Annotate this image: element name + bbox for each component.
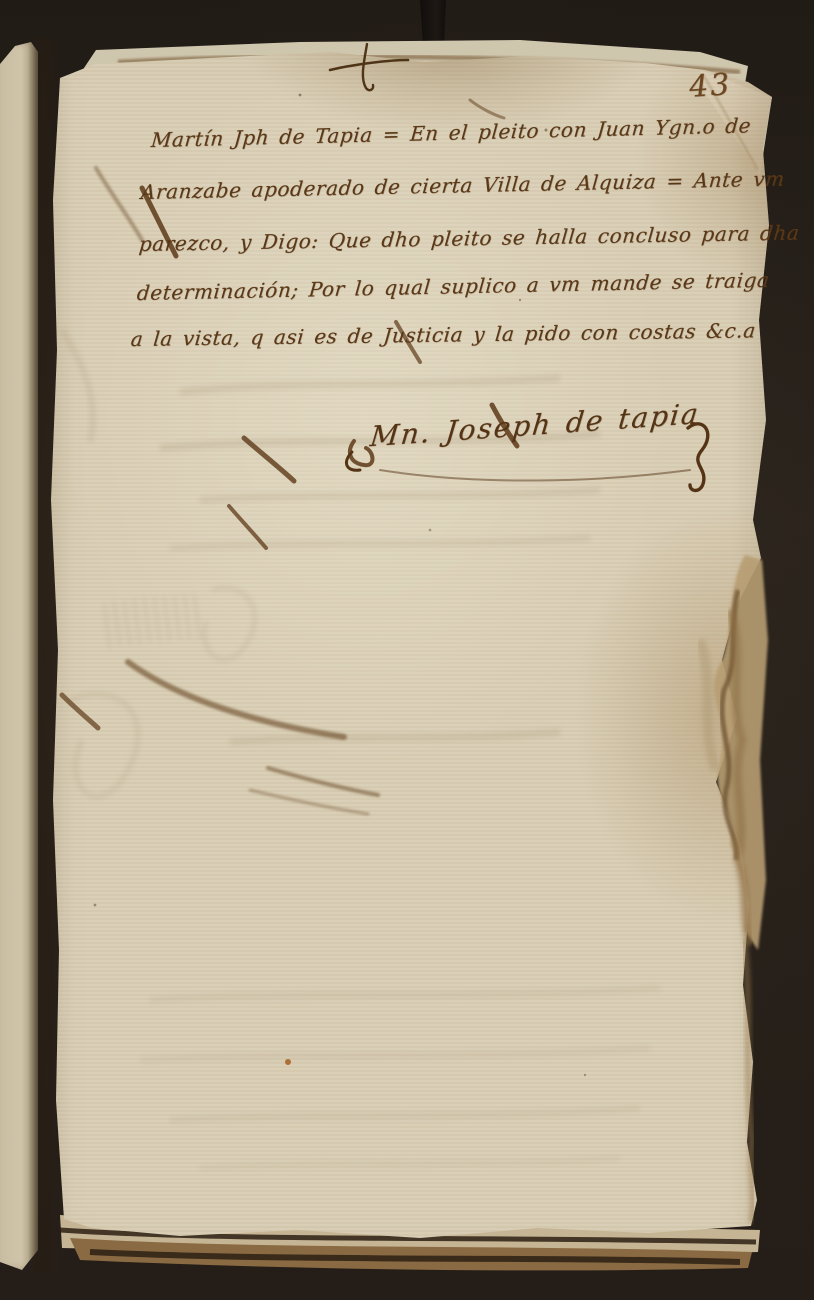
binding-gutter-shadow	[28, 38, 62, 1273]
folio-number: 43	[688, 67, 733, 105]
